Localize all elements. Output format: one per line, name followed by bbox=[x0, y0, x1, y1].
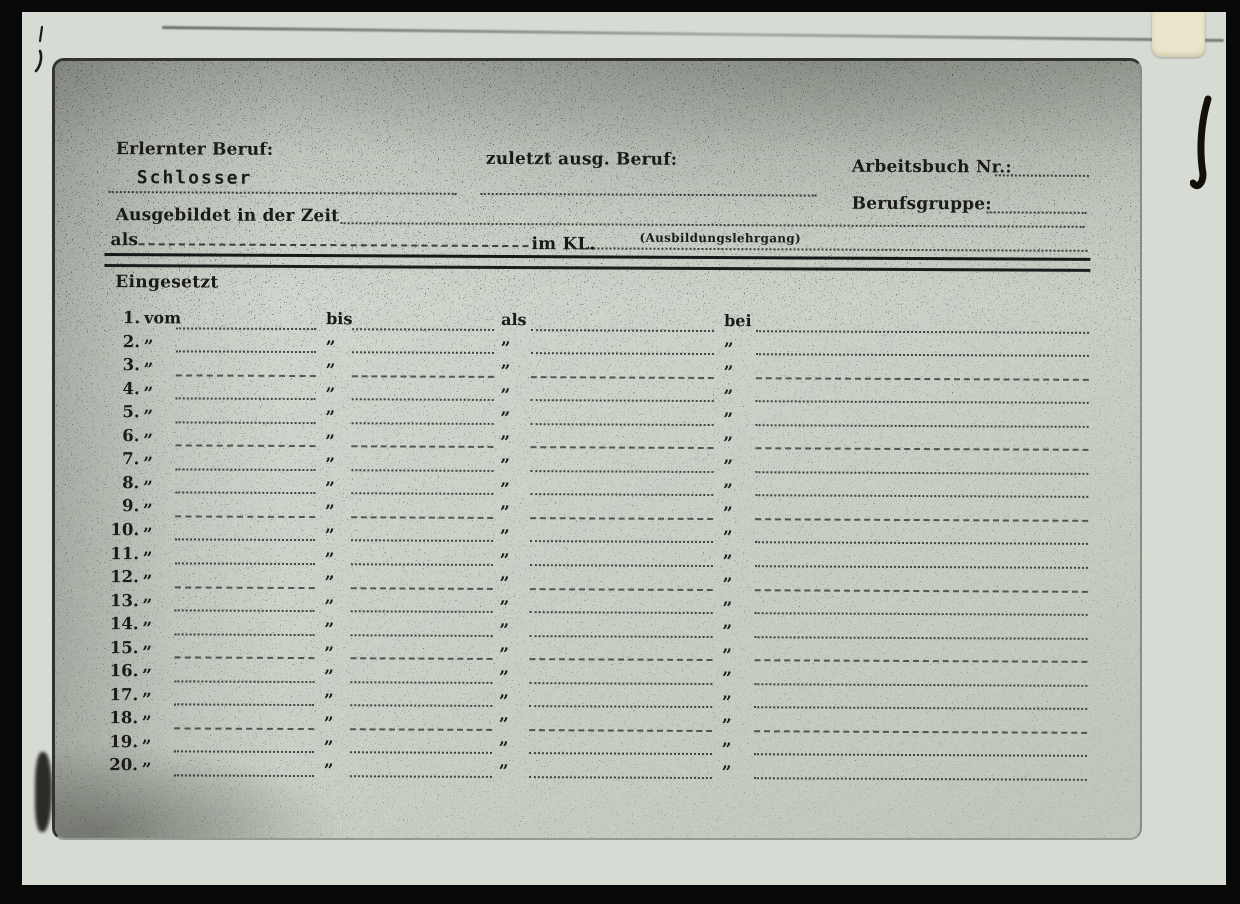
field-als[interactable] bbox=[530, 617, 713, 638]
col-label-vom: „ bbox=[144, 420, 156, 443]
col-label-bis: „ bbox=[325, 539, 337, 562]
col-label-bei: „ bbox=[723, 493, 735, 516]
col-label-als: „ bbox=[501, 328, 513, 351]
col-label-vom: „ bbox=[142, 703, 154, 726]
row-number: 10. bbox=[93, 518, 139, 541]
als-label: als bbox=[110, 230, 138, 250]
col-label-als: „ bbox=[501, 398, 513, 421]
col-label-bei: „ bbox=[724, 376, 736, 399]
field-als[interactable] bbox=[530, 570, 713, 591]
col-label-vom: „ bbox=[143, 444, 155, 467]
field-bis[interactable] bbox=[350, 734, 492, 755]
col-label-vom: „ bbox=[143, 561, 155, 584]
col-label-als: „ bbox=[500, 610, 512, 633]
col-label-als: „ bbox=[500, 469, 512, 492]
field-als[interactable] bbox=[531, 358, 714, 379]
col-label-bei: „ bbox=[724, 329, 736, 352]
field-vom[interactable] bbox=[175, 521, 315, 542]
col-label-bei: „ bbox=[722, 682, 734, 705]
col-label-bis: „ bbox=[325, 609, 337, 632]
field-als[interactable] bbox=[529, 687, 712, 708]
row-number: 3. bbox=[94, 353, 140, 376]
row-number: 15. bbox=[92, 636, 138, 659]
col-label-vom: „ bbox=[144, 396, 156, 419]
col-label-als: „ bbox=[500, 516, 512, 539]
field-bei[interactable] bbox=[755, 594, 1088, 616]
field-bis[interactable] bbox=[350, 687, 492, 708]
pen-mark-top-left-icon bbox=[28, 24, 52, 74]
col-label-bei: „ bbox=[722, 658, 734, 681]
scanned-paper: Erlernter Beruf: zuletzt ausg. Beruf: Ar… bbox=[22, 12, 1226, 885]
field-als[interactable] bbox=[529, 758, 712, 779]
index-tab-sticker bbox=[1152, 12, 1205, 57]
field-bei[interactable] bbox=[755, 618, 1088, 640]
field-als[interactable] bbox=[531, 311, 714, 332]
erlernter-beruf-label: Erlernter Beruf: bbox=[116, 139, 273, 160]
field-bis[interactable] bbox=[352, 380, 494, 401]
row-number: 14. bbox=[93, 612, 139, 635]
field-bis[interactable] bbox=[351, 498, 493, 519]
field-vom[interactable] bbox=[174, 639, 314, 660]
field-bis[interactable] bbox=[351, 522, 493, 543]
field-bei[interactable] bbox=[756, 382, 1089, 404]
field-bis[interactable] bbox=[350, 639, 492, 660]
erlernter-beruf-field[interactable] bbox=[109, 177, 457, 195]
col-label-bei: „ bbox=[724, 423, 736, 446]
field-bei[interactable] bbox=[754, 736, 1087, 758]
col-label-bei: „ bbox=[723, 588, 735, 611]
row-number: 18. bbox=[92, 706, 138, 729]
col-label-vom: „ bbox=[143, 467, 155, 490]
employment-row: 20. „ „ „ „ bbox=[52, 753, 1094, 782]
field-vom[interactable] bbox=[174, 756, 314, 777]
row-number: 2. bbox=[94, 330, 140, 353]
col-label-bis: „ bbox=[326, 350, 338, 373]
field-bis[interactable] bbox=[352, 404, 494, 425]
field-vom[interactable] bbox=[175, 544, 315, 565]
page-edge-shadow bbox=[162, 26, 1224, 42]
zuletzt-beruf-label: zuletzt ausg. Beruf: bbox=[486, 149, 677, 170]
col-label-bis: „ bbox=[325, 586, 337, 609]
col-label-bei: „ bbox=[723, 564, 735, 587]
divider-rule-bottom bbox=[104, 264, 1090, 272]
field-bei[interactable] bbox=[755, 571, 1088, 593]
employment-table: 1. vom bis als bei 2. „ „ „ „ 3. „ „ „ „… bbox=[52, 306, 1096, 789]
field-vom[interactable] bbox=[175, 497, 315, 518]
field-als[interactable] bbox=[529, 640, 712, 661]
col-label-bei: „ bbox=[724, 399, 736, 422]
field-bei[interactable] bbox=[756, 430, 1089, 452]
col-label-als: „ bbox=[500, 539, 512, 562]
form-content: Erlernter Beruf: zuletzt ausg. Beruf: Ar… bbox=[52, 61, 1140, 840]
field-vom[interactable] bbox=[174, 662, 314, 683]
field-vom[interactable] bbox=[174, 733, 314, 754]
row-number: 11. bbox=[93, 541, 139, 564]
field-als[interactable] bbox=[530, 499, 713, 520]
col-label-als: „ bbox=[500, 587, 512, 610]
field-bis[interactable] bbox=[352, 357, 494, 378]
col-label-als: „ bbox=[499, 704, 511, 727]
field-als[interactable] bbox=[531, 405, 714, 426]
field-bis[interactable] bbox=[350, 663, 492, 684]
col-label-bis: „ bbox=[324, 703, 336, 726]
field-bei[interactable] bbox=[756, 312, 1089, 334]
im-kl-field[interactable] bbox=[581, 233, 1087, 251]
field-bis[interactable] bbox=[351, 451, 493, 472]
field-bis[interactable] bbox=[350, 710, 492, 731]
field-als[interactable] bbox=[529, 664, 712, 685]
col-label-als: „ bbox=[499, 728, 511, 751]
col-label-bis: „ bbox=[325, 515, 337, 538]
scanned-document-screenshot: { "colors": { "frame": "#080808", "paper… bbox=[0, 0, 1240, 904]
field-bei[interactable] bbox=[756, 335, 1089, 357]
field-bei[interactable] bbox=[754, 712, 1087, 734]
col-label-als: „ bbox=[500, 492, 512, 515]
field-vom[interactable] bbox=[176, 403, 316, 424]
col-label-bis: „ bbox=[326, 397, 338, 420]
col-label-als: „ bbox=[500, 563, 512, 586]
col-label-vom: „ bbox=[143, 608, 155, 631]
col-label-bis: „ bbox=[326, 327, 338, 350]
field-als[interactable] bbox=[530, 546, 713, 567]
field-als[interactable] bbox=[531, 428, 714, 449]
field-bei[interactable] bbox=[755, 453, 1088, 475]
arbeitskarte-form-card: Erlernter Beruf: zuletzt ausg. Beruf: Ar… bbox=[52, 58, 1142, 840]
field-bei[interactable] bbox=[755, 524, 1088, 546]
field-vom[interactable] bbox=[176, 332, 316, 353]
field-als[interactable] bbox=[530, 523, 713, 544]
zuletzt-beruf-field[interactable] bbox=[481, 179, 817, 197]
col-label-als: „ bbox=[501, 375, 513, 398]
field-bei[interactable] bbox=[754, 641, 1087, 663]
field-vom[interactable] bbox=[175, 592, 315, 613]
col-label-vom: „ bbox=[144, 349, 156, 372]
field-bis[interactable] bbox=[352, 428, 494, 449]
arbeitsbuch-nr-field[interactable] bbox=[995, 160, 1089, 176]
field-bis[interactable] bbox=[351, 616, 493, 637]
field-bei[interactable] bbox=[754, 665, 1087, 687]
col-label-als: „ bbox=[499, 751, 511, 774]
row-number: 9. bbox=[93, 494, 139, 517]
col-label-vom: „ bbox=[143, 538, 155, 561]
field-bei[interactable] bbox=[756, 406, 1089, 428]
divider-rule-top bbox=[104, 253, 1090, 261]
field-vom[interactable] bbox=[176, 380, 316, 401]
col-label-als: „ bbox=[501, 351, 513, 374]
col-label-bei: „ bbox=[723, 611, 735, 634]
ausgebildet-label: Ausgebildet in der Zeit bbox=[116, 205, 340, 226]
scan-smudge bbox=[35, 752, 52, 832]
field-vom[interactable] bbox=[175, 615, 315, 636]
col-label-bei: „ bbox=[723, 541, 735, 564]
field-bei[interactable] bbox=[755, 477, 1088, 499]
col-label-bis: „ bbox=[325, 562, 337, 585]
row-number: 17. bbox=[92, 683, 138, 706]
field-vom[interactable] bbox=[175, 474, 315, 495]
row-number: 20. bbox=[92, 753, 138, 776]
field-bis[interactable] bbox=[350, 757, 492, 778]
field-bei[interactable] bbox=[754, 759, 1087, 781]
field-bis[interactable] bbox=[351, 475, 493, 496]
field-bei[interactable] bbox=[754, 689, 1087, 711]
col-label-bis: „ bbox=[325, 468, 337, 491]
col-label-bei: „ bbox=[722, 729, 734, 752]
row-number: 4. bbox=[94, 377, 140, 400]
row-number: 6. bbox=[94, 424, 140, 447]
col-label-bis: „ bbox=[325, 492, 337, 515]
field-vom[interactable] bbox=[176, 356, 316, 377]
field-vom[interactable] bbox=[174, 686, 314, 707]
col-label-bis: „ bbox=[324, 727, 336, 750]
field-bei[interactable] bbox=[755, 500, 1088, 522]
field-bei[interactable] bbox=[755, 547, 1088, 569]
row-number: 5. bbox=[94, 400, 140, 423]
row-number: 16. bbox=[92, 659, 138, 682]
col-label-bei: „ bbox=[723, 517, 735, 540]
field-vom[interactable] bbox=[174, 709, 314, 730]
field-als[interactable] bbox=[530, 452, 713, 473]
field-als[interactable] bbox=[529, 711, 712, 732]
als-field[interactable] bbox=[138, 229, 528, 247]
col-label-bei: „ bbox=[724, 352, 736, 375]
col-label-als: „ bbox=[499, 657, 511, 680]
col-label-vom: „ bbox=[142, 679, 154, 702]
col-label-bei: „ bbox=[722, 635, 734, 658]
row-number: 7. bbox=[93, 447, 139, 470]
col-label-bis: „ bbox=[325, 444, 337, 467]
field-bis[interactable] bbox=[352, 333, 494, 354]
field-vom[interactable] bbox=[175, 568, 315, 589]
field-vom[interactable] bbox=[176, 309, 316, 330]
col-label-bis: „ bbox=[324, 751, 336, 774]
row-number: 8. bbox=[93, 471, 139, 494]
col-label-bei: „ bbox=[722, 705, 734, 728]
row-number: 12. bbox=[93, 565, 139, 588]
field-als[interactable] bbox=[530, 476, 713, 497]
col-label-vom: „ bbox=[142, 632, 154, 655]
col-label-bei: „ bbox=[723, 446, 735, 469]
row-number: 19. bbox=[92, 730, 138, 753]
field-vom[interactable] bbox=[175, 450, 315, 471]
col-label-bis: „ bbox=[324, 633, 336, 656]
col-label-vom: „ bbox=[143, 585, 155, 608]
field-vom[interactable] bbox=[176, 427, 316, 448]
col-label-bei: „ bbox=[723, 470, 735, 493]
col-label-vom: „ bbox=[143, 491, 155, 514]
col-label-als: „ bbox=[501, 422, 513, 445]
col-label-bis: „ bbox=[324, 656, 336, 679]
col-label-vom: „ bbox=[143, 514, 155, 537]
col-label-vom: „ bbox=[142, 655, 154, 678]
col-label-als: „ bbox=[499, 681, 511, 704]
col-label-vom: „ bbox=[144, 373, 156, 396]
col-label-als: „ bbox=[500, 445, 512, 468]
row-number: 13. bbox=[93, 589, 139, 612]
field-bis[interactable] bbox=[351, 592, 493, 613]
field-als[interactable] bbox=[530, 593, 713, 614]
field-als[interactable] bbox=[529, 735, 712, 756]
col-label-bis: „ bbox=[326, 421, 338, 444]
arbeitsbuch-nr-label: Arbeitsbuch Nr.: bbox=[852, 157, 1012, 178]
field-als[interactable] bbox=[531, 334, 714, 355]
section-title: Eingesetzt bbox=[115, 272, 218, 293]
col-label-bis: „ bbox=[324, 680, 336, 703]
col-label-vom: „ bbox=[142, 750, 154, 773]
col-label-als: „ bbox=[499, 634, 511, 657]
pen-mark-right-icon bbox=[1190, 92, 1224, 200]
ausbildungszeit-field[interactable] bbox=[341, 208, 1085, 228]
field-bis[interactable] bbox=[351, 569, 493, 590]
col-label-bis: „ bbox=[326, 374, 338, 397]
field-bis[interactable] bbox=[351, 545, 493, 566]
field-bei[interactable] bbox=[756, 359, 1089, 381]
col-label-bei: „ bbox=[722, 753, 734, 776]
field-als[interactable] bbox=[531, 381, 714, 402]
field-bis[interactable] bbox=[352, 310, 494, 331]
col-label-vom: „ bbox=[144, 326, 156, 349]
col-label-vom: „ bbox=[142, 726, 154, 749]
row-number: 1. bbox=[94, 306, 140, 329]
